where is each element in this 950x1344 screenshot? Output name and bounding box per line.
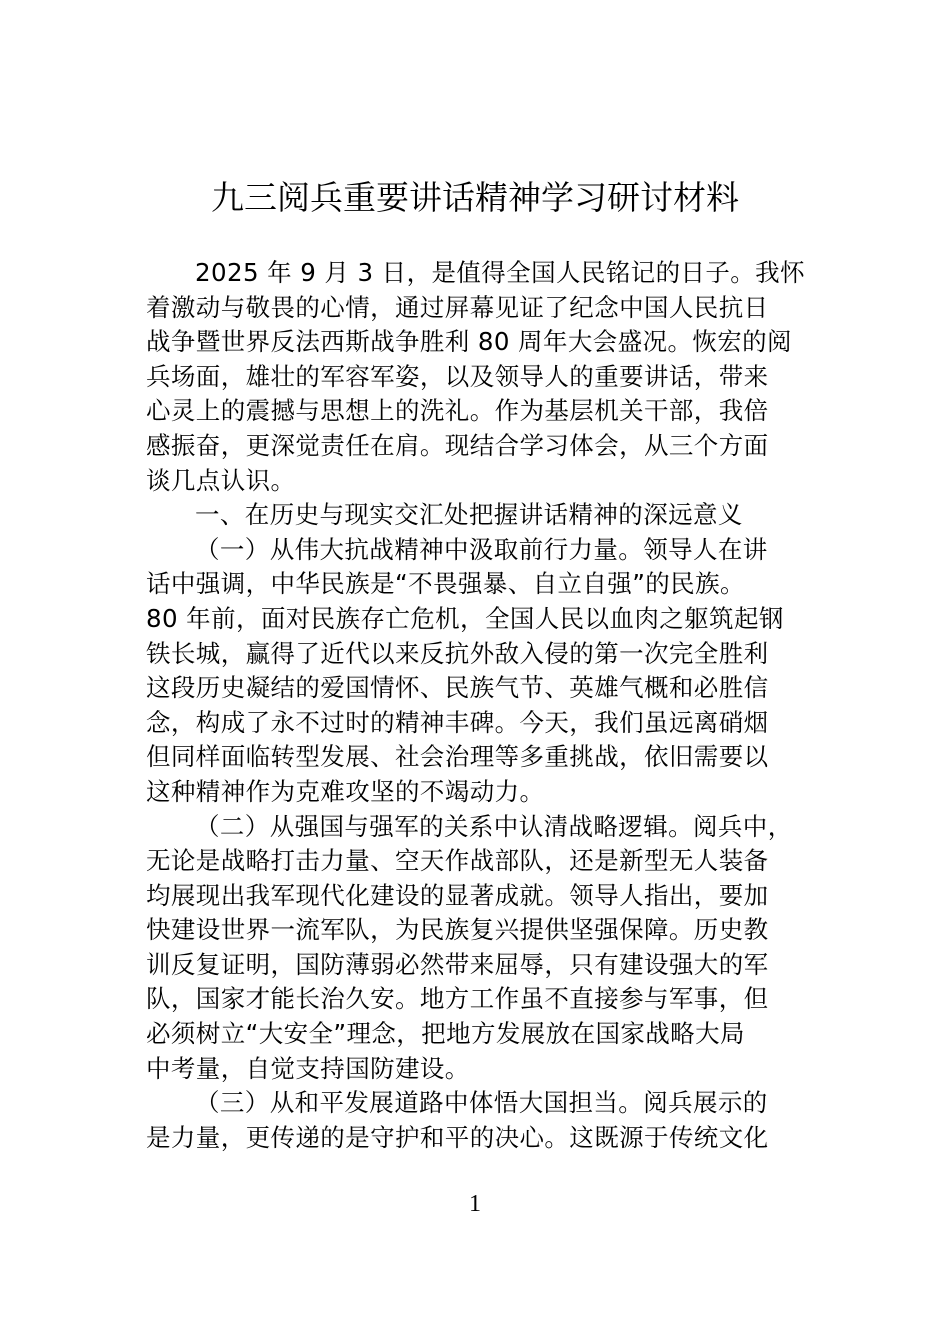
body-line: 铁长城，赢得了近代以来反抗外敌入侵的第一次完全胜利: [146, 637, 814, 672]
document-title: 九三阅兵重要讲话精神学习研讨材料: [0, 170, 950, 226]
body-line: 谈几点认识。: [146, 464, 814, 499]
body-line: （三）从和平发展道路中体悟大国担当。阅兵展示的: [146, 1086, 814, 1121]
body-line: 中考量，自觉支持国防建设。: [146, 1052, 814, 1087]
body-line: 战争暨世界反法西斯战争胜利 80 周年大会盛况。恢宏的阅: [146, 325, 814, 360]
body-line: 一、在历史与现实交汇处把握讲话精神的深远意义: [146, 498, 814, 533]
body-line: 这种精神作为克难攻坚的不竭动力。: [146, 775, 814, 810]
body-line: 念，构成了永不过时的精神丰碑。今天，我们虽远离硝烟: [146, 706, 814, 741]
body-line: 均展现出我军现代化建设的显著成就。领导人指出，要加: [146, 879, 814, 914]
body-line: 着激动与敬畏的心情，通过屏幕见证了纪念中国人民抗日: [146, 291, 814, 326]
document-page: 九三阅兵重要讲话精神学习研讨材料 2025 年 9 月 3 日，是值得全国人民铭…: [0, 0, 950, 1344]
document-body: 2025 年 9 月 3 日，是值得全国人民铭记的日子。我怀着激动与敬畏的心情，…: [146, 256, 814, 1155]
page-number: 1: [0, 1186, 950, 1222]
body-line: 兵场面，雄壮的军容军姿，以及领导人的重要讲话，带来: [146, 360, 814, 395]
body-line: 无论是战略打击力量、空天作战部队，还是新型无人装备: [146, 844, 814, 879]
body-line: 但同样面临转型发展、社会治理等多重挑战，依旧需要以: [146, 740, 814, 775]
body-line: 训反复证明，国防薄弱必然带来屈辱，只有建设强大的军: [146, 948, 814, 983]
body-line: 是力量，更传递的是守护和平的决心。这既源于传统文化: [146, 1121, 814, 1156]
body-line: 2025 年 9 月 3 日，是值得全国人民铭记的日子。我怀: [146, 256, 814, 291]
body-line: 队，国家才能长治久安。地方工作虽不直接参与军事，但: [146, 982, 814, 1017]
body-line: 快建设世界一流军队，为民族复兴提供坚强保障。历史教: [146, 913, 814, 948]
body-line: 必须树立“大安全”理念，把地方发展放在国家战略大局: [146, 1017, 814, 1052]
body-line: 心灵上的震撼与思想上的洗礼。作为基层机关干部，我倍: [146, 394, 814, 429]
body-line: （二）从强国与强军的关系中认清战略逻辑。阅兵中，: [146, 810, 814, 845]
body-line: 话中强调，中华民族是“不畏强暴、自立自强”的民族。: [146, 567, 814, 602]
body-line: 这段历史凝结的爱国情怀、民族气节、英雄气概和必胜信: [146, 671, 814, 706]
body-line: （一）从伟大抗战精神中汲取前行力量。领导人在讲: [146, 533, 814, 568]
body-line: 感振奋，更深觉责任在肩。现结合学习体会，从三个方面: [146, 429, 814, 464]
body-line: 80 年前，面对民族存亡危机，全国人民以血肉之躯筑起钢: [146, 602, 814, 637]
